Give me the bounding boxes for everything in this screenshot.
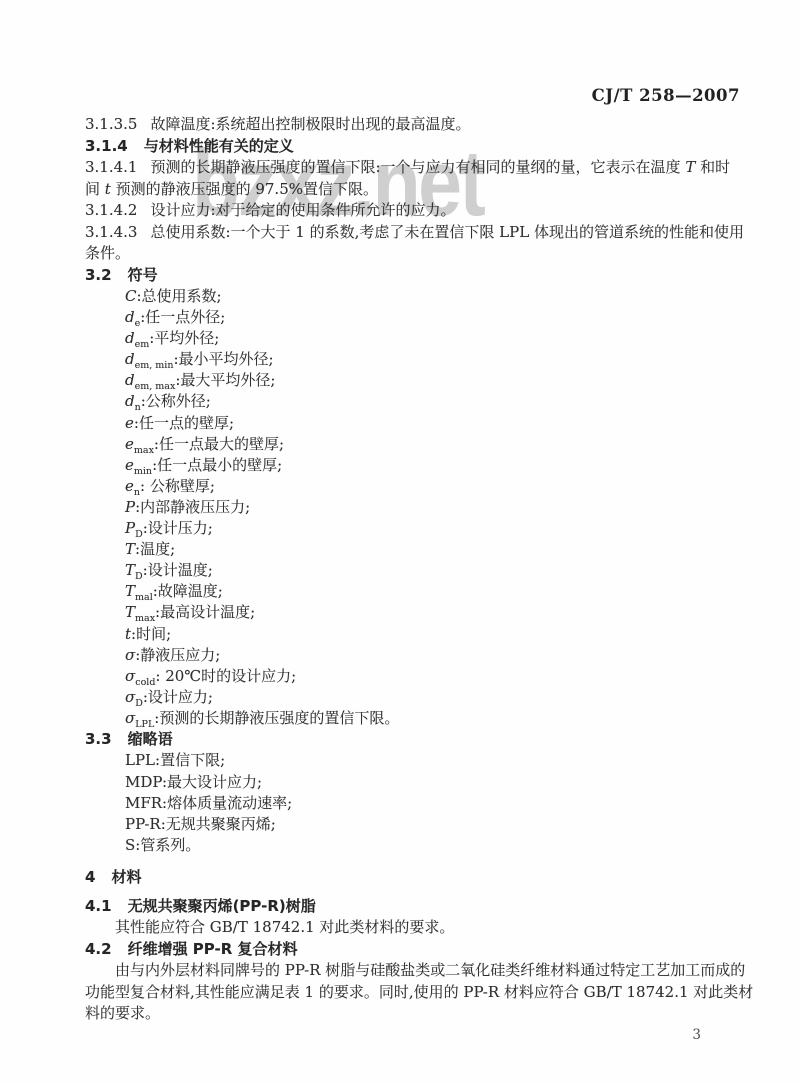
symbol-description: :最大平均外径;: [175, 371, 275, 389]
symbol-variable: d: [125, 329, 135, 347]
symbol-item: σLPL:预测的长期静液压强度的置信下限。: [125, 708, 733, 729]
clause-text: 料的要求。: [85, 1004, 160, 1022]
symbol-item: PD:设计压力;: [125, 518, 733, 539]
page-number: 3: [692, 1027, 701, 1043]
symbol-item: emin:任一点最小的壁厚;: [125, 455, 733, 476]
clause-text: 故障温度:系统超出控制极限时出现的最高温度。: [150, 115, 470, 133]
clause-number: 3.1.4.2: [85, 201, 137, 219]
heading-4: 4材料: [85, 867, 733, 889]
clause-number: 3.1.4.1: [85, 158, 137, 176]
symbol-item: dem, max:最大平均外径;: [125, 370, 733, 391]
abbreviation-item: PP-R:无规共聚聚丙烯;: [125, 814, 733, 835]
symbol-item: dn:公称外径;: [125, 391, 733, 412]
symbol-item: σcold: 20℃时的设计应力;: [125, 666, 733, 687]
symbol-variable: d: [125, 392, 135, 410]
symbol-variable: σ: [125, 688, 135, 706]
symbol-description: :任一点外径;: [140, 308, 225, 326]
clause-text: 设计应力:对于给定的使用条件所允许的应力。: [150, 201, 455, 219]
clause-text: 预测的长期静液压强度的置信下限:一个与应力有相同的量纲的量，它表示在温度: [150, 158, 685, 176]
symbol-variable: d: [125, 371, 135, 389]
heading-number: 4.2: [85, 940, 112, 958]
symbol-item: de:任一点外径;: [125, 307, 733, 328]
symbol-variable: d: [125, 350, 135, 368]
heading-number: 3.3: [85, 730, 112, 748]
symbol-description: :内部静液压压力;: [135, 498, 250, 516]
symbol-description: :设计压力;: [143, 519, 213, 537]
symbol-variable: σ: [125, 667, 135, 685]
heading-title: 材料: [111, 868, 141, 886]
heading-number: 4: [85, 868, 95, 886]
symbol-variable: e: [125, 477, 134, 495]
symbol-variable: P: [125, 498, 135, 516]
heading-4.2: 4.2纤维增强 PP-R 复合材料: [85, 939, 733, 961]
math-variable-T: T: [685, 158, 695, 176]
symbol-description: : 20℃时的设计应力;: [155, 667, 296, 685]
clause-3.1.4.1-line2: 间 t 预测的静液压强度的 97.5%置信下限。: [85, 179, 733, 201]
symbol-item: σ:静液压应力;: [125, 645, 733, 666]
document-page: bzxz.net CJ/T 258—2007 3.1.3.5故障温度:系统超出控…: [0, 0, 800, 1083]
symbol-variable: σ: [125, 709, 135, 727]
symbol-description: :设计应力;: [143, 688, 213, 706]
symbol-item: TD:设计温度;: [125, 560, 733, 581]
symbol-description: :最小平均外径;: [173, 350, 273, 368]
heading-number: 4.1: [85, 897, 112, 915]
clause-3.1.4.2: 3.1.4.2设计应力:对于给定的使用条件所允许的应力。: [85, 200, 733, 222]
heading-3.3: 3.3缩略语: [85, 729, 733, 751]
symbol-variable: σ: [125, 646, 135, 664]
symbol-variable: T: [125, 582, 135, 600]
clause-text: 其性能应符合 GB/T 18742.1 对此类材料的要求。: [115, 918, 454, 936]
abbreviation-list: LPL:置信下限; MDP:最大设计应力; MFR:熔体质量流动速率; PP-R…: [125, 750, 733, 856]
symbol-description: :总使用系数;: [136, 287, 221, 305]
clause-3.1.4.1-line1: 3.1.4.1预测的长期静液压强度的置信下限:一个与应力有相同的量纲的量，它表示…: [85, 157, 733, 179]
heading-title: 无规共聚聚丙烯(PP-R)树脂: [128, 897, 316, 915]
symbol-item: T:温度;: [125, 539, 733, 560]
symbol-description: : 公称壁厚;: [140, 477, 215, 495]
clause-number: 3.1.4.3: [85, 223, 137, 241]
abbreviation-item: MFR:熔体质量流动速率;: [125, 793, 733, 814]
doc-number-header: CJ/T 258—2007: [592, 86, 740, 105]
symbol-item: dem, min:最小平均外径;: [125, 349, 733, 370]
symbol-description: :时间;: [131, 625, 171, 643]
heading-3.1.4: 3.1.4与材料性能有关的定义: [85, 136, 733, 158]
symbol-subscript: max: [135, 613, 155, 624]
clause-4.2-line2: 功能型复合材料,其性能应满足表 1 的要求。同时,使用的 PP-R 材料应符合 …: [85, 982, 733, 1004]
symbol-description: :温度;: [135, 540, 175, 558]
heading-number: 3.1.4: [85, 137, 128, 155]
clause-3.1.4.3-line1: 3.1.4.3总使用系数:一个大于 1 的系数,考虑了未在置信下限 LPL 体现…: [85, 222, 733, 244]
clause-text: 由与内外层材料同牌号的 PP-R 树脂与硅酸盐类或二氧化硅类纤维材料通过特定工艺…: [115, 961, 745, 979]
heading-title: 缩略语: [128, 730, 173, 748]
symbol-variable: T: [125, 603, 135, 621]
heading-title: 纤维增强 PP-R 复合材料: [128, 940, 298, 958]
clause-3.1.3.5: 3.1.3.5故障温度:系统超出控制极限时出现的最高温度。: [85, 114, 733, 136]
symbol-item: Tmax:最高设计温度;: [125, 602, 733, 623]
symbol-description: :公称外径;: [141, 392, 211, 410]
clause-4.2-line3: 料的要求。: [85, 1003, 733, 1025]
clause-text: 和时: [695, 158, 730, 176]
clause-number: 3.1.3.5: [85, 115, 137, 133]
clause-text: 功能型复合材料,其性能应满足表 1 的要求。同时,使用的 PP-R 材料应符合 …: [85, 983, 753, 1001]
clause-3.1.4.3-line2: 条件。: [85, 243, 733, 265]
symbol-item: Tmal:故障温度;: [125, 581, 733, 602]
symbol-description: :静液压应力;: [135, 646, 220, 664]
heading-title: 与材料性能有关的定义: [144, 137, 294, 155]
heading-number: 3.2: [85, 266, 112, 284]
symbol-description: :预测的长期静液压强度的置信下限。: [154, 709, 399, 727]
symbol-item: en: 公称壁厚;: [125, 476, 733, 497]
clause-text: 条件。: [85, 244, 130, 262]
clause-4.2-line1: 由与内外层材料同牌号的 PP-R 树脂与硅酸盐类或二氧化硅类纤维材料通过特定工艺…: [85, 960, 733, 982]
symbol-variable: P: [125, 519, 135, 537]
symbol-description: :设计温度;: [143, 561, 213, 579]
symbol-item: σD:设计应力;: [125, 687, 733, 708]
symbol-variable: e: [125, 414, 134, 432]
symbol-description: :任一点的壁厚;: [134, 414, 234, 432]
abbreviation-item: S:管系列。: [125, 835, 733, 856]
symbol-list: C:总使用系数; de:任一点外径; dem:平均外径; dem, min:最小…: [125, 286, 733, 729]
abbreviation-item: LPL:置信下限;: [125, 750, 733, 771]
symbol-item: e:任一点的壁厚;: [125, 413, 733, 434]
symbol-item: t:时间;: [125, 624, 733, 645]
symbol-variable: d: [125, 308, 135, 326]
clause-4.1-body: 其性能应符合 GB/T 18742.1 对此类材料的要求。: [85, 917, 733, 939]
symbol-variable: e: [125, 456, 134, 474]
symbol-item: emax:任一点最大的壁厚;: [125, 434, 733, 455]
clause-text: 预测的静液压强度的 97.5%置信下限。: [111, 180, 378, 198]
heading-title: 符号: [128, 266, 158, 284]
clause-text: 总使用系数:一个大于 1 的系数,考虑了未在置信下限 LPL 体现出的管道系统的…: [150, 223, 743, 241]
heading-3.2: 3.2符号: [85, 265, 733, 287]
symbol-item: C:总使用系数;: [125, 286, 733, 307]
symbol-variable: T: [125, 561, 135, 579]
symbol-item: dem:平均外径;: [125, 328, 733, 349]
page-content: 3.1.3.5故障温度:系统超出控制极限时出现的最高温度。 3.1.4与材料性能…: [85, 114, 733, 1025]
clause-text: 间: [85, 180, 105, 198]
symbol-item: P:内部静液压压力;: [125, 497, 733, 518]
symbol-description: :任一点最大的壁厚;: [154, 435, 284, 453]
symbol-variable: T: [125, 540, 135, 558]
symbol-description: :平均外径;: [149, 329, 219, 347]
symbol-description: :最高设计温度;: [155, 603, 255, 621]
abbreviation-item: MDP:最大设计应力;: [125, 772, 733, 793]
symbol-description: :任一点最小的壁厚;: [152, 456, 282, 474]
symbol-variable: e: [125, 435, 134, 453]
symbol-variable: C: [125, 287, 136, 305]
symbol-description: :故障温度;: [153, 582, 223, 600]
heading-4.1: 4.1无规共聚聚丙烯(PP-R)树脂: [85, 896, 733, 918]
